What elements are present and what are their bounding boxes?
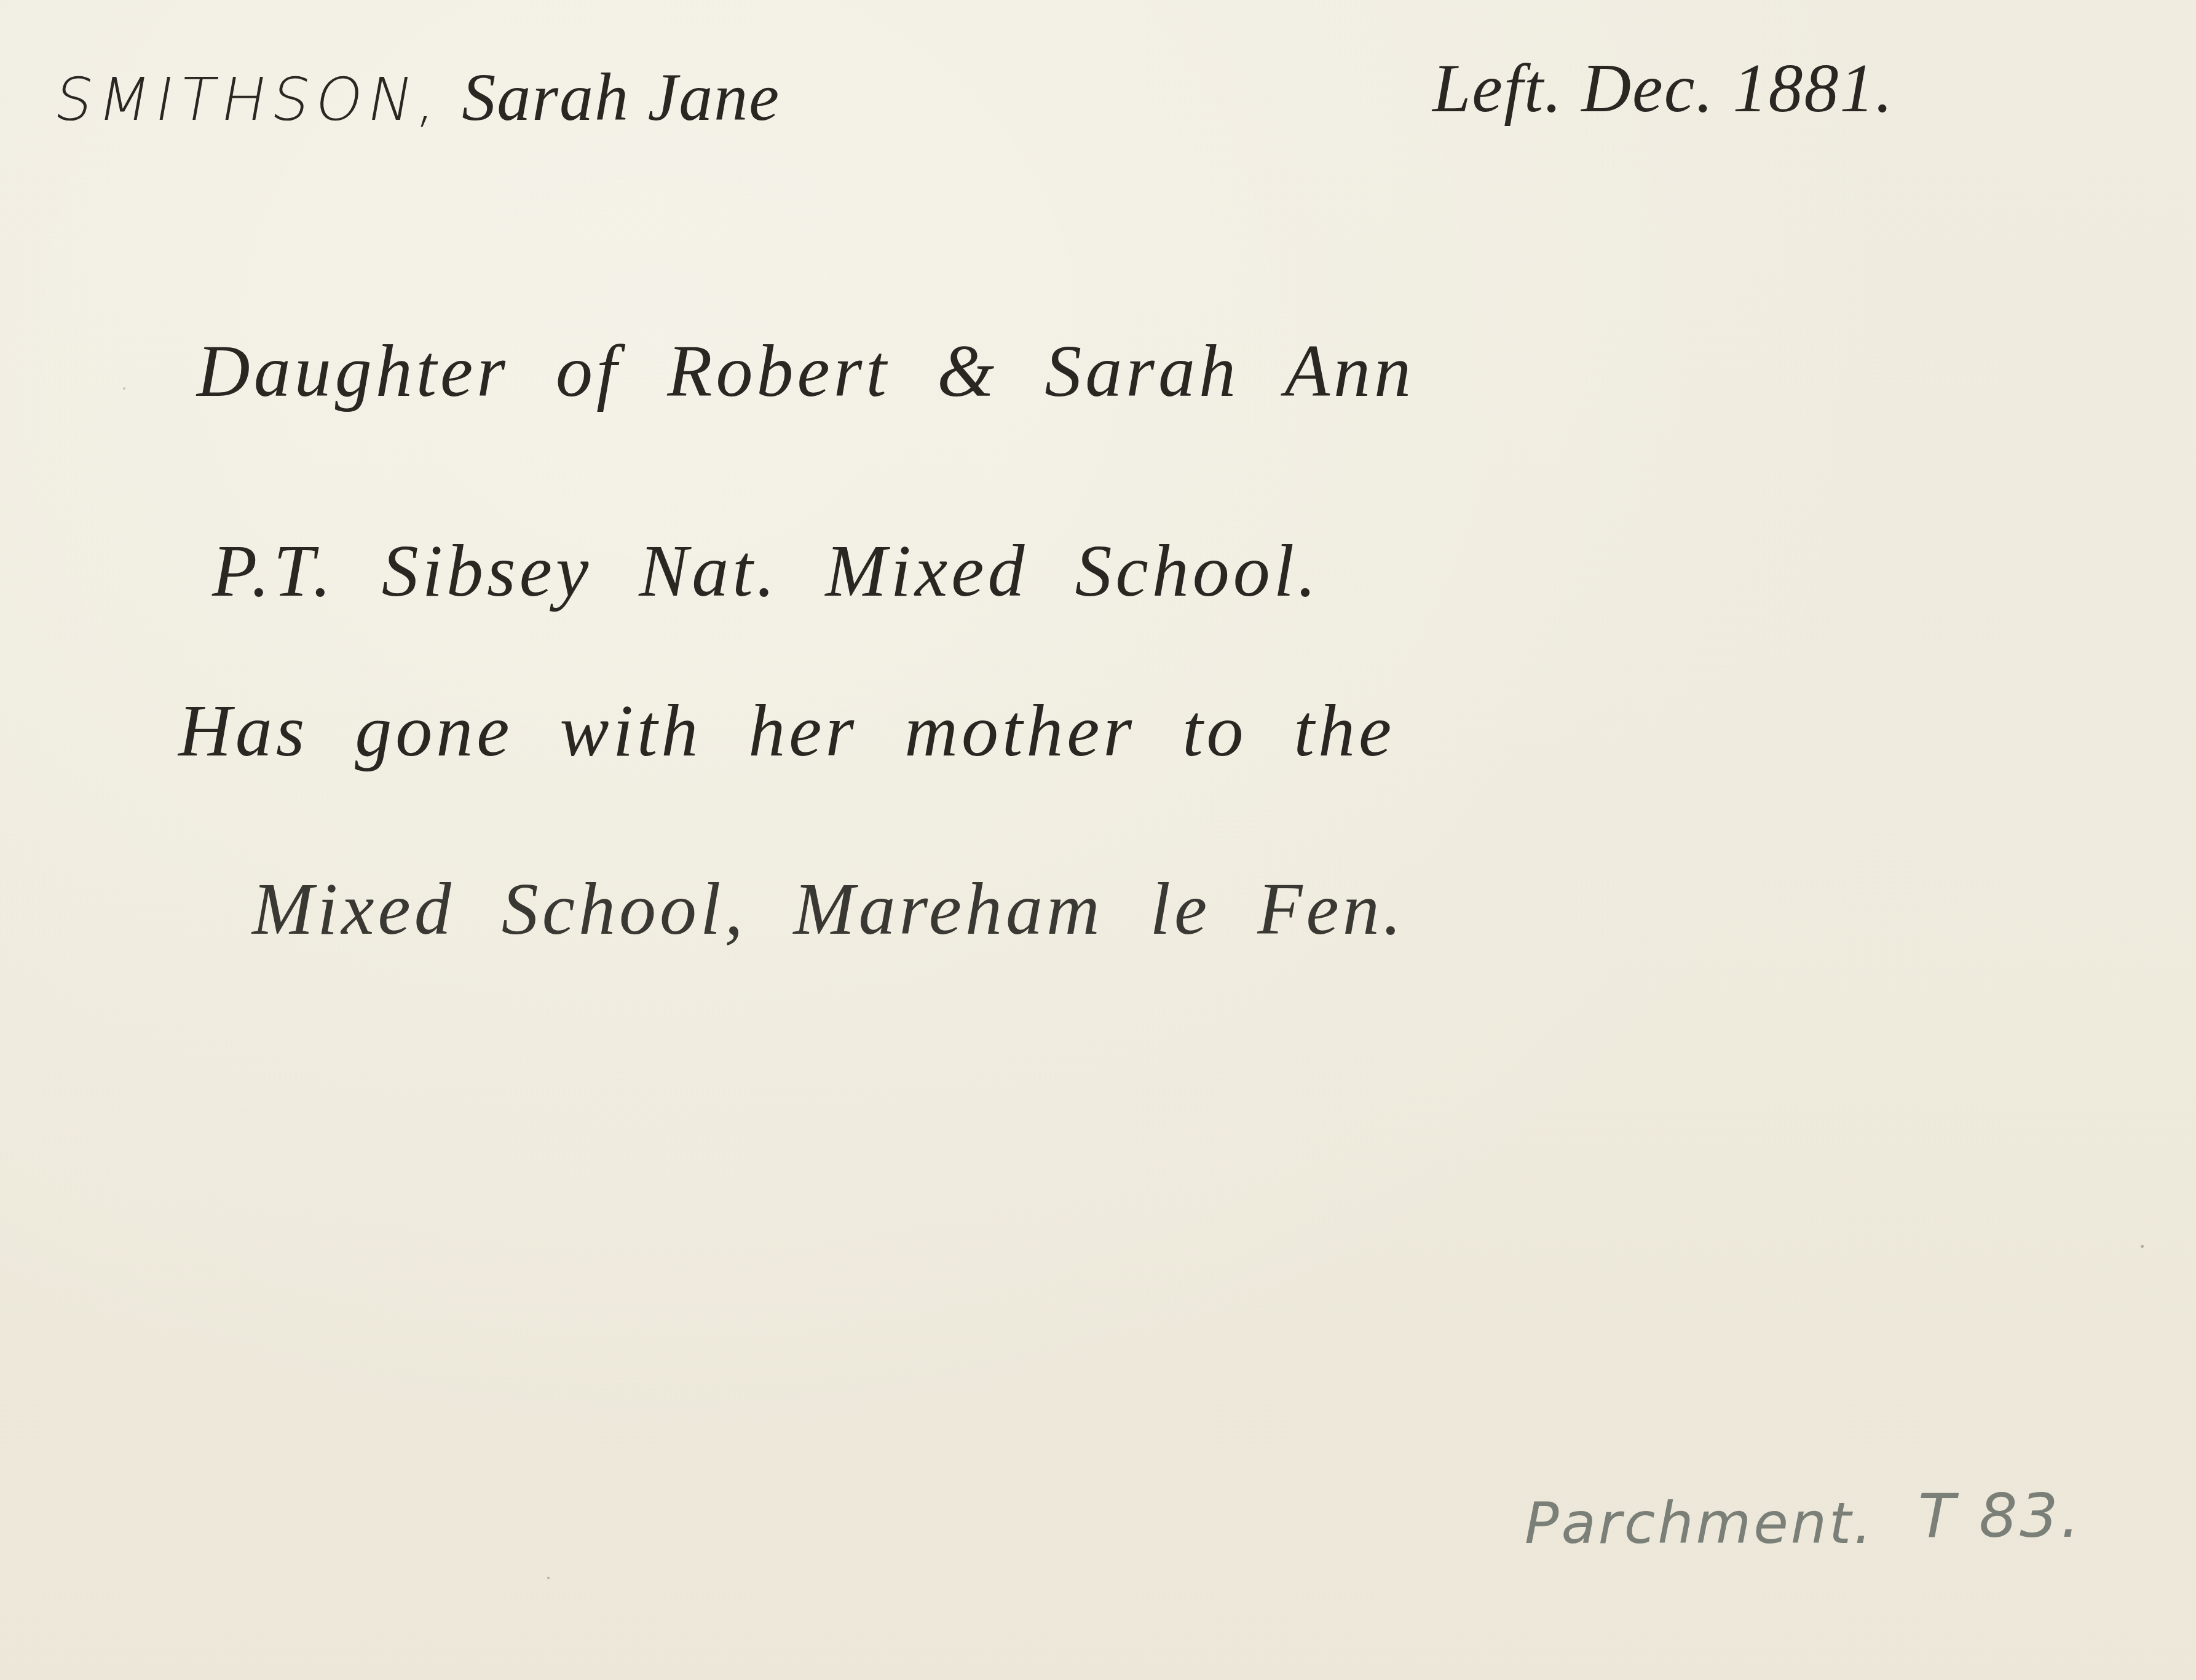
paper-speck xyxy=(547,1577,550,1579)
paper-speck xyxy=(123,387,125,390)
school-line: P.T. Sibsey Nat. Mixed School. xyxy=(212,529,1320,613)
student-name: SMITHSON, Sarah Jane xyxy=(55,58,780,136)
parentage-line: Daughter of Robert & Sarah Ann xyxy=(197,329,1415,414)
given-names: Sarah Jane xyxy=(462,60,780,135)
left-date: Left. Dec. 1881. xyxy=(1432,49,1894,128)
record-card: SMITHSON, Sarah Jane Left. Dec. 1881. Da… xyxy=(0,0,2196,1680)
material-note: Parchment. xyxy=(1525,1491,1874,1556)
note-line-1: Has gone with her mother to the xyxy=(178,688,1395,773)
paper-speck xyxy=(2141,1245,2144,1248)
note-line-2: Mixed School, Mareham le Fen. xyxy=(252,867,1405,952)
surname: SMITHSON, xyxy=(49,65,449,134)
reference-number: T 83. xyxy=(1918,1481,2082,1552)
